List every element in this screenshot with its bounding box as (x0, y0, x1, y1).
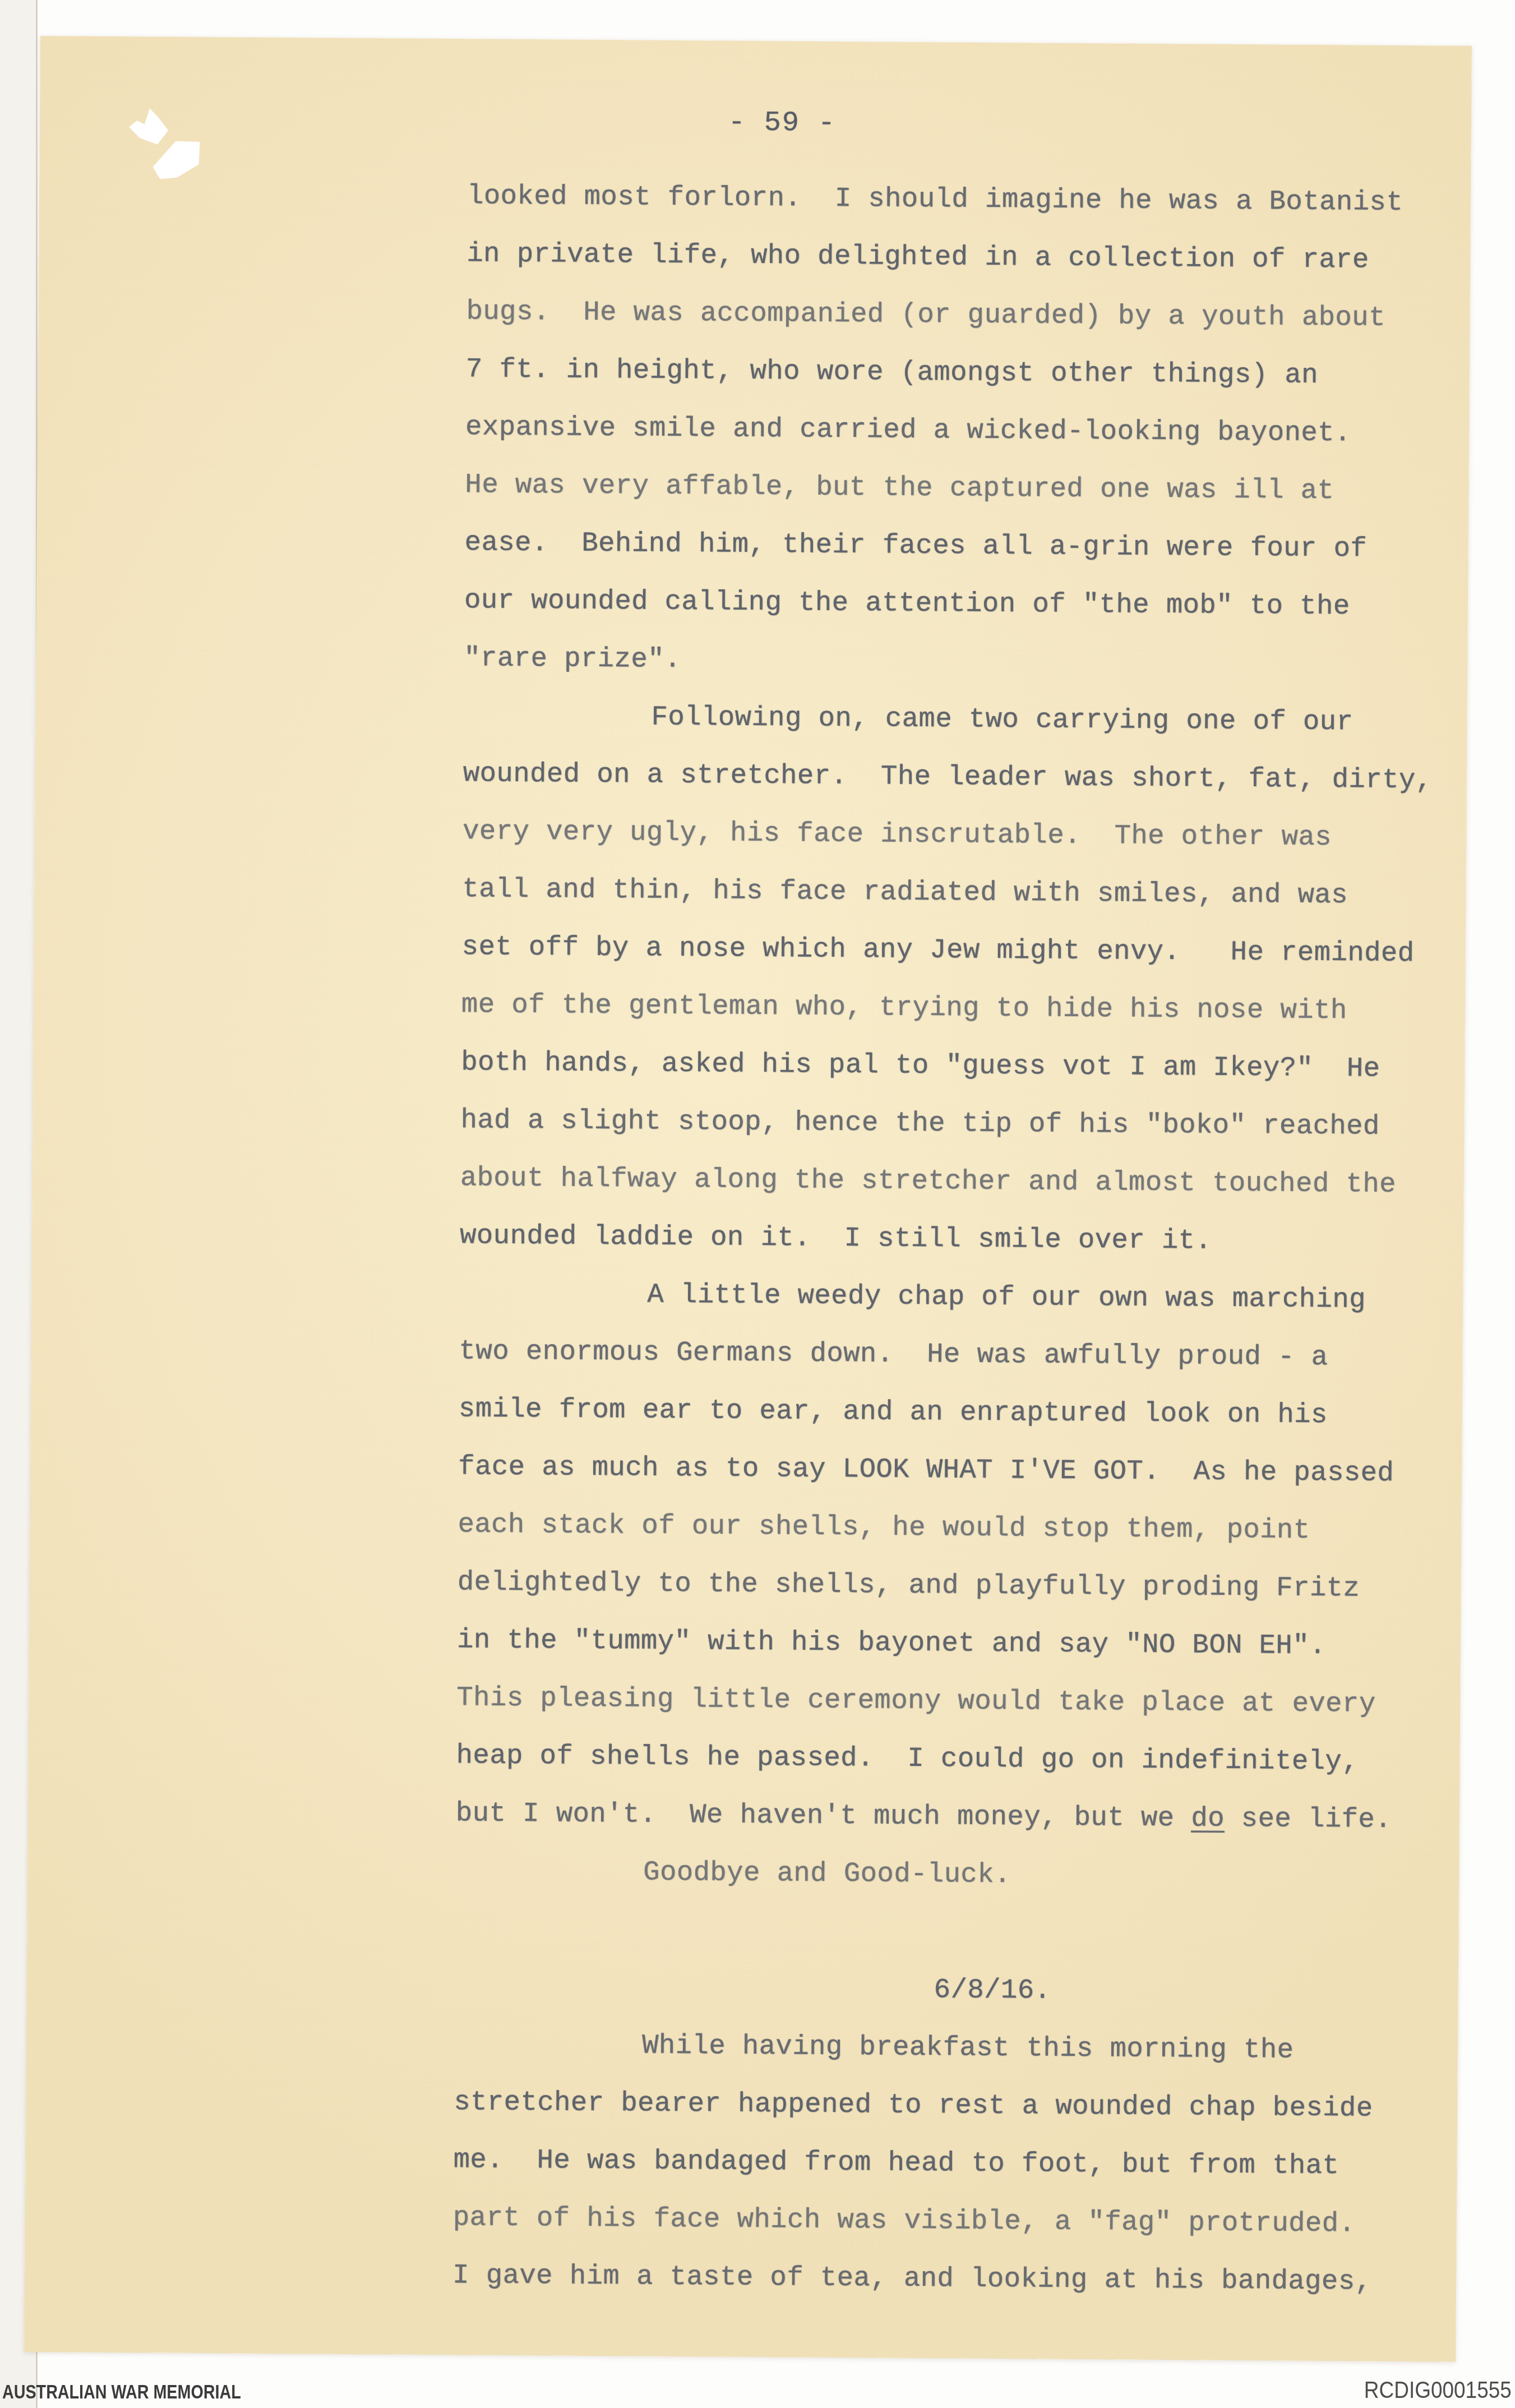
footer-left-label: AUSTRALIAN WAR MEMORIAL (2, 2381, 241, 2404)
typed-line: Following on, came two carrying one of o… (651, 701, 1353, 739)
typed-line: wounded on a stretcher. The leader was s… (463, 757, 1433, 796)
typed-text: looked most forlorn. I should imagine he… (24, 36, 1472, 2362)
date-heading: 6/8/16. (934, 1973, 1051, 2006)
typed-line: expansive smile and carried a wicked-loo… (465, 410, 1351, 449)
typed-line: two enormous Germans down. He was awfull… (459, 1335, 1328, 1373)
typed-line: set off by a nose which any Jew might en… (461, 930, 1414, 970)
typed-line: both hands, asked his pal to "guess vot … (461, 1046, 1380, 1085)
typed-line: 7 ft. in height, who wore (amongst other… (466, 353, 1318, 391)
typed-line: our wounded calling the attention of "th… (464, 584, 1350, 622)
typed-line: He was very affable, but the captured on… (465, 468, 1334, 507)
typed-line: part of his face which was visible, a "f… (453, 2201, 1356, 2240)
typed-line: me. He was bandaged from head to foot, b… (453, 2143, 1339, 2182)
typed-line: about halfway along the stretcher and al… (460, 1161, 1396, 1201)
typed-line: looked most forlorn. I should imagine he… (467, 179, 1403, 219)
typed-line: stretcher bearer happened to rest a woun… (454, 2086, 1373, 2124)
typed-line: I gave him a taste of tea, and looking a… (452, 2259, 1372, 2298)
typed-line: smile from ear to ear, and an enraptured… (459, 1392, 1328, 1431)
typed-line: Goodbye and Good-luck. (643, 1856, 1011, 1892)
paper: - 59 - looked most forlorn. I should ima… (24, 36, 1472, 2362)
footer: AUSTRALIAN WAR MEMORIAL RCDIG0001555 (0, 2374, 1515, 2408)
underlined-word: do (1191, 1802, 1225, 1834)
typed-line: each stack of our shells, he would stop … (458, 1508, 1310, 1547)
typed-line: "rare prize". (464, 642, 681, 676)
typed-line: wounded laddie on it. I still smile over… (460, 1219, 1212, 1257)
typed-line: had a slight stoop, hence the tip of his… (460, 1104, 1380, 1142)
typed-line: delightedly to the shells, and playfully… (458, 1566, 1360, 1604)
typed-line: heap of shells he passed. I could go on … (456, 1739, 1359, 1778)
typed-line: A little weedy chap of our own was march… (647, 1279, 1366, 1316)
typed-line: bugs. He was accompanied (or guarded) by… (466, 295, 1385, 334)
footer-right-label: RCDIG0001555 (1364, 2377, 1512, 2404)
typed-line: but I won't. We haven't much money, but … (456, 1797, 1392, 1836)
typed-line: very very ugly, his face inscrutable. Th… (463, 815, 1332, 854)
typed-line: me of the gentleman who, trying to hide … (461, 988, 1347, 1027)
typed-line: This pleasing little ceremony would take… (456, 1681, 1376, 1720)
scanned-document-page: - 59 - looked most forlorn. I should ima… (0, 0, 1515, 2408)
typed-line: ease. Behind him, their faces all a-grin… (465, 526, 1368, 565)
typed-line: in the "tummy" with his bayonet and say … (457, 1623, 1326, 1662)
typed-line: While having breakfast this morning the (642, 2029, 1294, 2066)
typed-line: in private life, who delighted in a coll… (466, 237, 1369, 276)
typed-line: face as much as to say LOOK WHAT I'VE GO… (458, 1450, 1394, 1489)
typed-line: tall and thin, his face radiated with sm… (462, 873, 1348, 911)
